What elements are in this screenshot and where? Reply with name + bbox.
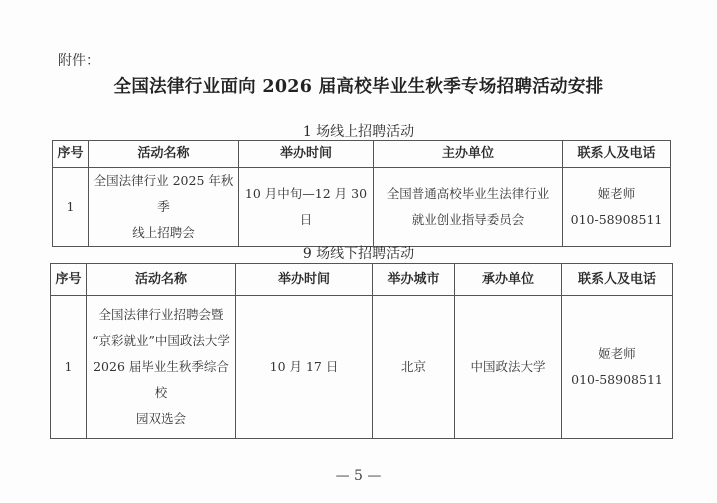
event-name-line: 2026 届毕业生秋季综合校 bbox=[87, 354, 235, 406]
cell-no: 1 bbox=[53, 168, 89, 247]
header-host: 承办单位 bbox=[455, 264, 562, 296]
header-time: 举办时间 bbox=[236, 264, 373, 296]
event-name-line: 全国法律行业招聘会暨 bbox=[87, 302, 235, 328]
header-event-name: 活动名称 bbox=[87, 264, 236, 296]
organizer-line: 就业创业指导委员会 bbox=[374, 207, 562, 233]
table-header-row: 序号 活动名称 举办时间 举办城市 承办单位 联系人及电话 bbox=[51, 264, 673, 296]
header-organizer: 主办单位 bbox=[374, 141, 563, 168]
online-events-table: 序号 活动名称 举办时间 主办单位 联系人及电话 1 全国法律行业 2025 年… bbox=[52, 140, 671, 247]
header-no: 序号 bbox=[53, 141, 89, 168]
cell-organizer: 全国普通高校毕业生法律行业 就业创业指导委员会 bbox=[374, 168, 563, 247]
cell-event-name: 全国法律行业 2025 年秋季 线上招聘会 bbox=[89, 168, 239, 247]
document-title: 全国法律行业面向 2026 届高校毕业生秋季专场招聘活动安排 bbox=[0, 73, 717, 98]
cell-no: 1 bbox=[51, 296, 87, 439]
table-row: 1 全国法律行业招聘会暨 “京彩就业”中国政法大学 2026 届毕业生秋季综合校… bbox=[51, 296, 673, 439]
cell-time: 10 月 17 日 bbox=[236, 296, 373, 439]
cell-event-name: 全国法律行业招聘会暨 “京彩就业”中国政法大学 2026 届毕业生秋季综合校 园… bbox=[87, 296, 236, 439]
cell-contact: 姬老师 010-58908511 bbox=[562, 296, 673, 439]
attachment-label: 附件： bbox=[58, 50, 100, 70]
offline-section-heading: 9 场线下招聘活动 bbox=[0, 243, 717, 263]
cell-city: 北京 bbox=[373, 296, 455, 439]
event-name-line: “京彩就业”中国政法大学 bbox=[87, 328, 235, 354]
table-row: 1 全国法律行业 2025 年秋季 线上招聘会 10 月中旬—12 月 30 日… bbox=[53, 168, 671, 247]
event-name-line: 园双选会 bbox=[87, 406, 235, 432]
offline-events-table: 序号 活动名称 举办时间 举办城市 承办单位 联系人及电话 1 全国法律行业招聘… bbox=[50, 263, 673, 439]
cell-time: 10 月中旬—12 月 30 日 bbox=[239, 168, 374, 247]
contact-name: 姬老师 bbox=[563, 181, 670, 207]
header-contact: 联系人及电话 bbox=[562, 264, 673, 296]
table-header-row: 序号 活动名称 举办时间 主办单位 联系人及电话 bbox=[53, 141, 671, 168]
cell-contact: 姬老师 010-58908511 bbox=[563, 168, 671, 247]
header-time: 举办时间 bbox=[239, 141, 374, 168]
organizer-line: 全国普通高校毕业生法律行业 bbox=[374, 181, 562, 207]
contact-phone: 010-58908511 bbox=[563, 207, 670, 233]
contact-phone: 010-58908511 bbox=[562, 367, 672, 393]
header-event-name: 活动名称 bbox=[89, 141, 239, 168]
cell-host: 中国政法大学 bbox=[455, 296, 562, 439]
page-number: — 5 — bbox=[0, 468, 717, 484]
header-contact: 联系人及电话 bbox=[563, 141, 671, 168]
contact-name: 姬老师 bbox=[562, 341, 672, 367]
online-section-heading: 1 场线上招聘活动 bbox=[0, 121, 717, 141]
header-no: 序号 bbox=[51, 264, 87, 296]
header-city: 举办城市 bbox=[373, 264, 455, 296]
event-name-line: 全国法律行业 2025 年秋季 bbox=[89, 168, 238, 220]
